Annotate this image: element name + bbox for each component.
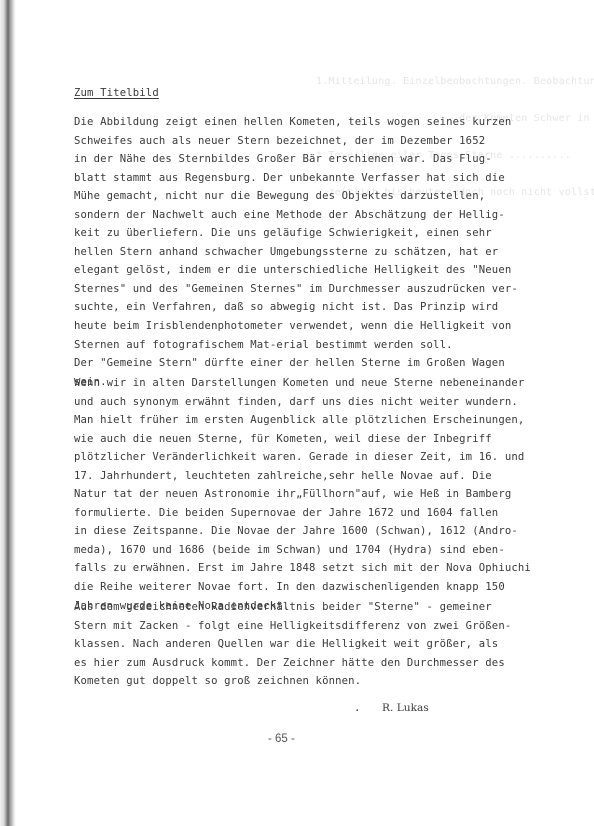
- page-binding-shadow: [0, 0, 16, 826]
- signature-mark: .: [354, 702, 360, 714]
- page-number: - 65 -: [268, 733, 295, 745]
- text-line: blatt stammt aus Regensburg. Der unbekan…: [74, 169, 554, 188]
- text-line: falls zu erwähnen. Erst im Jahre 1848 se…: [74, 559, 554, 578]
- text-line: Der "Gemeine Stern" dürfte einer der hel…: [74, 354, 554, 373]
- text-line: suchte, ein Verfahren, daß so abwegig ni…: [74, 298, 554, 317]
- text-line: sondern der Nachwelt auch eine Methode d…: [74, 206, 554, 225]
- text-line: heute beim Irisblendenphotometer verwend…: [74, 317, 554, 336]
- text-line: die Reihe weiterer Novae fort. In den da…: [74, 578, 554, 597]
- paragraph-3: Aus dem gezeichneten Radienverhältnis be…: [74, 598, 554, 691]
- text-line: plötzlicher Veränderlichkeit waren. Gera…: [74, 448, 554, 467]
- text-line: in der Nähe des Sternbildes Großer Bär e…: [74, 150, 554, 169]
- text-line: Wenn wir in alten Darstellungen Kometen …: [74, 374, 554, 393]
- text-line: formulierte. Die beiden Supernovae der J…: [74, 504, 554, 523]
- text-line: Mühe gemacht, nicht nur die Bewegung des…: [74, 187, 554, 206]
- text-line: Stern mit Zacken - folgt eine Helligkeit…: [74, 617, 554, 636]
- text-line: wie auch die neuen Sterne, für Kometen, …: [74, 430, 554, 449]
- text-line: meda), 1670 und 1686 (beide im Schwan) u…: [74, 541, 554, 560]
- text-line: 17. Jahrhundert, leuchteten zahlreiche,s…: [74, 467, 554, 486]
- paragraph-1: Die Abbildung zeigt einen hellen Kometen…: [74, 113, 554, 391]
- text-line: es hier zum Ausdruck kommt. Der Zeichner…: [74, 654, 554, 673]
- text-line: Die Abbildung zeigt einen hellen Kometen…: [74, 113, 554, 132]
- text-line: klassen. Nach anderen Quellen war die He…: [74, 635, 554, 654]
- author-signature: R. Lukas: [382, 702, 429, 714]
- text-line: Aus dem gezeichneten Radienverhältnis be…: [74, 598, 554, 617]
- text-line: hellen Stern anhand schwacher Umgebungss…: [74, 243, 554, 262]
- bleed-through-line: 1.Mitteilung. Einzelbeobachtungen. Beoba…: [316, 76, 594, 87]
- text-line: elegant gelöst, indem er die unterschied…: [74, 261, 554, 280]
- text-line: Kometen gut doppelt so groß zeichnen kön…: [74, 672, 554, 691]
- text-line: in diese Zeitspanne. Die Novae der Jahre…: [74, 522, 554, 541]
- text-line: Schweifes auch als neuer Stern bezeichne…: [74, 132, 554, 151]
- text-line: Sternen auf fotografischem Mat-erial bes…: [74, 336, 554, 355]
- text-line: keit zu überliefern. Die uns geläufige S…: [74, 224, 554, 243]
- text-line: Man hielt früher im ersten Augenblick al…: [74, 411, 554, 430]
- text-line: und auch synonym erwähnt finden, darf un…: [74, 393, 554, 412]
- text-line: Sternes" und des "Gemeinen Sternes" im D…: [74, 280, 554, 299]
- text-line: Natur tat der neuen Astronomie ihr„Füllh…: [74, 485, 554, 504]
- section-title: Zum Titelbild: [74, 87, 159, 99]
- paragraph-2: Wenn wir in alten Darstellungen Kometen …: [74, 374, 554, 615]
